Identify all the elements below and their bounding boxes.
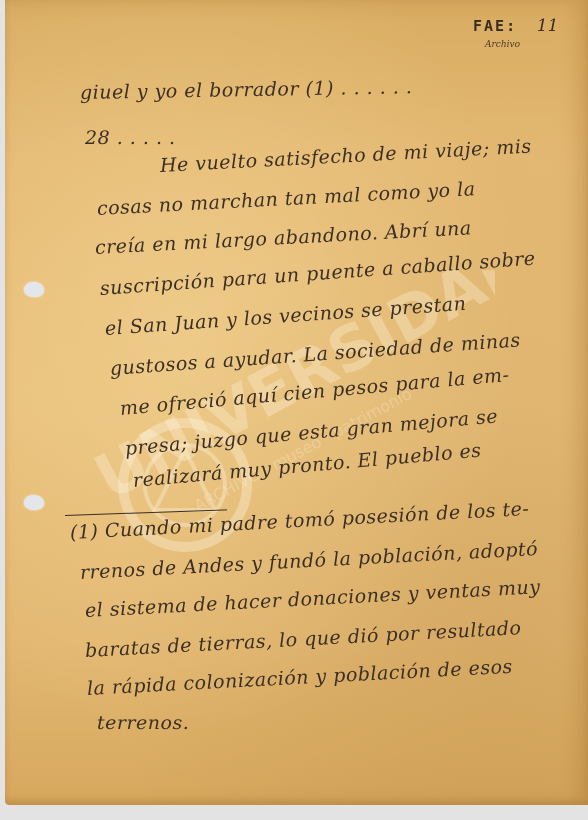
punch-hole-bottom	[24, 495, 44, 510]
footnote-line: (1) Cuando mi padre tomó posesión de los…	[69, 498, 529, 544]
footnote-line: la rápida colonización y población de es…	[86, 656, 513, 700]
footnote-line: rrenos de Andes y fundó la población, ad…	[79, 538, 538, 584]
stamp-code: FAE:	[473, 17, 517, 35]
footnote-line: baratas de tierras, lo que dió por resul…	[84, 617, 522, 662]
punch-hole-top	[24, 282, 44, 297]
body-line: suscripción para un puente a caballo sob…	[99, 248, 536, 300]
manuscript-page: UNIVERSIDAD EAFIT ARCHIVO · museo · patr…	[5, 0, 588, 805]
body-line: 28 . . . . .	[85, 127, 176, 149]
body-line: cosas no marchan tan mal como yo la	[96, 178, 476, 220]
stamp-folio-number: 11	[537, 16, 559, 36]
body-line: el San Juan y los vecinos se prestan	[104, 293, 467, 340]
archive-stamp: FAE: 11 Archivo	[473, 16, 558, 36]
body-line: creía en mi largo abandono. Abrí una	[94, 217, 472, 259]
body-line: giuel y yo el borrador (1) . . . . . .	[80, 76, 413, 104]
body-line: He vuelto satisfecho de mi viaje; mis	[159, 136, 532, 177]
stamp-label: Archivo	[485, 40, 520, 50]
footnote-line: el sistema de hacer donaciones y ventas …	[84, 576, 541, 622]
footnote-line: terrenos.	[97, 712, 189, 734]
